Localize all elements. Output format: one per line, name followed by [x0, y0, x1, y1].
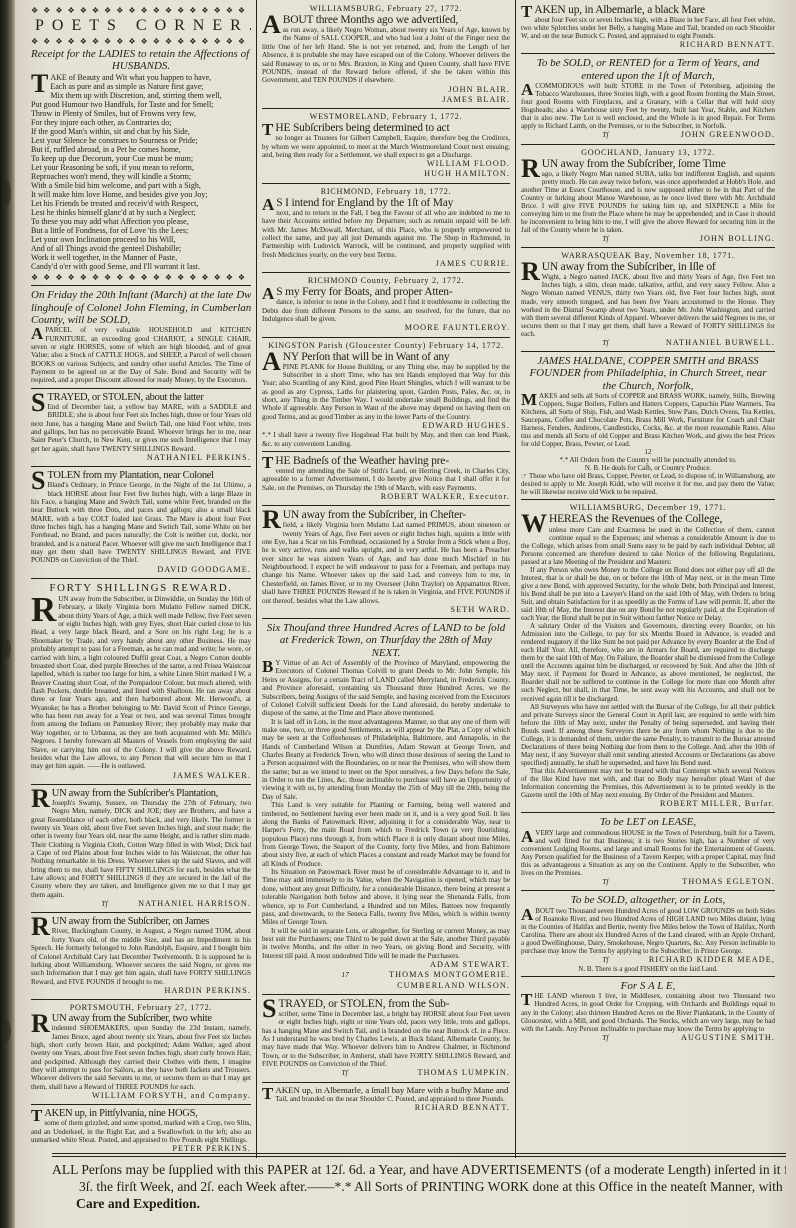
drop-cap: T: [31, 74, 48, 94]
ad-dateline: WILLIAMSBURG, February 27, 1772.: [262, 4, 510, 13]
poem-line: Each as pure and as simple as Nature fir…: [50, 82, 251, 91]
signature-row: DAVID GOODGAME.: [31, 565, 251, 575]
ornament-row: ❖ ❖ ❖ ❖ ❖ ❖ ❖ ❖ ❖ ❖ ❖ ❖ ❖ ❖ ❖ ❖ ❖ ❖ ❖ ❖ …: [31, 6, 251, 15]
ad-body: as run away, a likely Negro Woman, about…: [262, 26, 510, 84]
footer-line: 3ſ. the firſt Week, and 2ſ. each Week af…: [52, 1179, 786, 1196]
ad-text: TAKE of Beauty and Wit what you happen t…: [31, 73, 251, 272]
signature-row: SETH WARD.: [262, 605, 510, 615]
signature-row: CUMBERLAND WILSON.: [262, 981, 510, 991]
signature: ROBERT MILLER, Burſar.: [660, 799, 775, 809]
ad-heading: On Friday the 20th Inſtant (March) at th…: [31, 289, 251, 301]
signature-row: MOORE FAUNTLEROY.: [262, 323, 510, 333]
columns: ❖ ❖ ❖ ❖ ❖ ❖ ❖ ❖ ❖ ❖ ❖ ❖ ❖ ❖ ❖ ❖ ❖ ❖ ❖ ❖ …: [26, 0, 791, 1158]
page-smudge: [2, 180, 11, 206]
ad-dateline: RICHMOND, February 18, 1772.: [262, 187, 510, 196]
drop-cap: W: [521, 514, 547, 534]
ad-heading: entered upon the 1ſt of March,: [521, 70, 775, 82]
poem-line: Let your Reasoning be soft, if you mean …: [31, 163, 251, 172]
weather-sale-postponed: THE Badneſs of the Weather having pre-ve…: [262, 451, 510, 502]
ad-heading: S I intend for England by the 1ſt of May: [276, 197, 510, 209]
ad-note: *.* I shall have a twenty five Hogshead …: [262, 431, 510, 447]
signature-row: 17THOMAS MONTGOMERIE.: [262, 970, 510, 980]
signature-row: TfTHOMAS EGLETON.: [521, 877, 775, 887]
drop-cap: T: [521, 5, 532, 18]
ad-body: indented SHOEMAKERS, upon Sunday the 23d…: [31, 1024, 251, 1091]
poem-line: Mix them up with Discretion, and, stirri…: [50, 91, 251, 100]
signature: JOHN BOLLING.: [700, 234, 775, 244]
ad-heading: County, will be SOLD,: [31, 314, 251, 326]
drop-cap: R: [31, 596, 56, 623]
signature-row: WILLIAM FORSYTH, and Company.: [31, 1091, 251, 1101]
signature-row: HARDIN PERKINS.: [31, 986, 251, 996]
poem-line: It will make him love Home, and besides …: [31, 190, 251, 199]
poem-line: And of all Things avoid the genteel Dish…: [31, 244, 251, 253]
drop-cap: T: [31, 1109, 42, 1122]
forty-shillings-reward-dick: FORTY SHILLINGS REWARD.RUN away from the…: [31, 578, 251, 781]
ad-heading: To be LET on LEASE,: [521, 816, 775, 828]
drop-cap: R: [31, 1014, 50, 1034]
ad-note: ☞ Those who have old Brass, Copper, Pewt…: [521, 472, 775, 496]
poem-line: Candy'd o'er with good Sense, and I'll w…: [31, 262, 251, 271]
ad-dateline: WESTMORELAND, February 1, 1772.: [262, 112, 510, 121]
ad-paragraph: It is laid off in Lots, in the most adva…: [262, 718, 510, 802]
signature: NATHANIEL BURWELL.: [666, 338, 775, 348]
strayed-horse-lumpkin: STRAYED, or STOLEN, from the Sub-scriber…: [262, 994, 510, 1079]
ad-text: ABOUT three Months ago we advertiſed,as …: [262, 14, 510, 85]
drop-cap: R: [31, 917, 50, 937]
signature-row: TfRICHARD KIDDER MEADE,: [521, 955, 775, 965]
ad-dateline: GOOCHLAND, January 13, 1772.: [521, 148, 775, 157]
ad-body: field, a likely Virginia born Mulatto La…: [262, 521, 510, 604]
ad-dateline: PORTSMOUTH, February 27, 1772.: [31, 1003, 251, 1012]
signature-row: JOHN BLAIR.: [262, 85, 510, 95]
ad-paragraph: It will be sold in separate Lots, or alt…: [262, 927, 510, 960]
runaway-jack-venus: WARRASQUEAK Bay, November 18, 1771.RUN a…: [521, 247, 775, 348]
drop-cap: R: [31, 789, 50, 809]
signature-row: TfNATHANIEL BURWELL.: [521, 338, 775, 348]
signature: NATHANIEL PERKINS.: [147, 453, 251, 463]
ad-heading: JAMES HALDANE, COPPER SMITH and BRASS: [521, 355, 775, 367]
drop-cap: A: [521, 908, 533, 921]
drop-cap: B: [262, 660, 273, 673]
ad-paragraph: This Land is very suitable for Planting …: [262, 801, 510, 868]
ad-heading: For S A L E,: [521, 980, 775, 992]
ad-body: about four Feet six or seven Inches high…: [521, 16, 775, 40]
ad-text: RUN away from the Subſcriber, ſome Timea…: [521, 158, 775, 234]
ad-body: End of December last, a yellow bay MARE,…: [31, 403, 251, 453]
runaway-tom: RUN away from the Subſcriber, on JamesRi…: [31, 912, 251, 996]
poem-line: AKE of Beauty and Wit what you happen to…: [50, 73, 251, 82]
signature: JOHN BLAIR.: [448, 85, 510, 95]
drop-cap: R: [521, 159, 540, 179]
signature: JOHN GREENWOOD.: [681, 130, 775, 140]
poem-line: Lest your Silence he construes to Sourne…: [31, 136, 251, 145]
poem-line: Reproaches won't mend, they will kindle …: [31, 172, 251, 181]
pine-plank-hughes: KINGSTON Parish (Gloucester County) Febr…: [262, 337, 510, 448]
drop-cap: R: [262, 510, 281, 530]
ad-body: BOUT two Thousand seven Hundred Acres of…: [521, 907, 775, 955]
ad-text: TAKEN up, in Pittſylvania, nine HOGS,som…: [31, 1108, 251, 1144]
ad-heading: FORTY SHILLINGS REWARD.: [31, 582, 251, 594]
column-right: TAKEN up, in Albemarle, a black Mareabou…: [515, 0, 780, 1158]
ad-heading: To be SOLD, or RENTED for a Term of Year…: [521, 57, 775, 69]
ad-note: N. B. There is a good FISHERY on the ſai…: [521, 965, 775, 973]
ad-text: RUN away from the Subſcriber, in Cheſter…: [262, 509, 510, 605]
ad-text: TAKEN up, in Albemarle, a black Mareabou…: [521, 4, 775, 40]
signature-row: JAMES CURRIE.: [262, 259, 510, 269]
ad-body: VERY large and commodious HOUSE in the T…: [521, 829, 775, 877]
signature-mark: Tf: [602, 955, 608, 965]
college-revenues: WILLIAMSBURG, December 19, 1771.WHEREAS …: [521, 499, 775, 809]
signature: HUGH HAMILTON.: [424, 169, 510, 179]
column-middle: WILLIAMSBURG, February 27, 1772.ABOUT th…: [256, 0, 515, 1158]
signature-mark: Tf: [602, 234, 608, 244]
sall-cooper-runaway: WILLIAMSBURG, February 27, 1772.ABOUT th…: [262, 4, 510, 105]
drop-cap: T: [262, 1087, 273, 1100]
signature: CUMBERLAND WILSON.: [397, 981, 510, 991]
drop-cap: T: [262, 123, 273, 136]
ad-heading: UN away from the Subſcriber, two white: [52, 1013, 251, 1024]
ad-text: MAKES and sells all Sorts of COPPER and …: [521, 392, 775, 448]
ad-text: A COMMODIOUS well built STORE in the Tow…: [521, 82, 775, 130]
signature: THOMAS EGLETON.: [682, 877, 775, 887]
ad-body: Joseph's Swamp, Sussex, on Thursday the …: [31, 799, 251, 899]
ad-heading: NEXT.: [262, 647, 510, 659]
ad-body: no longer as Trustees for Gilbert Campbe…: [262, 134, 510, 159]
runaway-primus: RUN away from the Subſcriber, in Cheſter…: [262, 505, 510, 615]
haldane-coppersmith: JAMES HALDANE, COPPER SMITH and BRASSFOU…: [521, 351, 775, 497]
middlesex-land-sale: For S A L E,THE LAND whereon I live, in …: [521, 976, 775, 1043]
ad-paragraph: That this Advertisement may not be treat…: [521, 767, 775, 799]
ad-paragraph: All Surveyors who have not settled with …: [521, 703, 775, 767]
ad-body: Wight, a Negro named JACK, about five an…: [521, 273, 775, 337]
ad-heading: UN away from the Subſcriber's Plantation…: [52, 788, 251, 799]
drop-cap: A: [31, 327, 43, 340]
ad-heading: S my Ferry for Boats, and proper Atten-: [276, 286, 510, 298]
ad-dateline: RICHMOND County, February 2, 1772.: [262, 276, 510, 285]
ad-body: Y Virtue of an Act of Assembly of the Pr…: [262, 659, 510, 717]
ad-heading: AKEN up, in Albemarle, a ſmall bay Mare …: [275, 1086, 510, 1095]
petersburg-store: To be SOLD, or RENTED for a Term of Year…: [521, 53, 775, 140]
signature-row: RICHARD BENNATT.: [521, 40, 775, 50]
signature-row: JAMES WALKER.: [31, 771, 251, 781]
ad-note: *.* All Orders from the Country will be …: [521, 456, 775, 464]
ad-heading: UN away from the Subſcriber, ſome Time: [542, 158, 775, 170]
runaway-shoemakers: PORTSMOUTH, February 27, 1772.RUN away f…: [31, 999, 251, 1101]
signature-mark: Tf: [602, 877, 608, 887]
footer-line: Care and Expedition.: [52, 1196, 786, 1213]
ad-text: THE LAND whereon I live, in Middlesex, c…: [521, 992, 775, 1032]
signature-row: EDWARD HUGHES.: [262, 421, 510, 431]
signature: THOMAS LUMPKIN.: [418, 1068, 510, 1078]
signature-mark: Tf: [101, 899, 107, 909]
signature: RICHARD KIDDER MEADE,: [649, 955, 775, 965]
drop-cap: S: [31, 393, 45, 413]
ad-heading: BOUT three Months ago we advertiſed,: [283, 14, 510, 26]
ad-text: THE Badneſs of the Weather having pre-ve…: [262, 455, 510, 492]
ad-text: BY Virtue of an Act of Assembly of the P…: [262, 659, 510, 718]
signature: WILLIAM FLOOD.: [427, 159, 510, 169]
signature: ADAM STEWART.: [430, 960, 510, 970]
ad-body: some of them grizzled, and some spotted,…: [31, 1119, 251, 1144]
signature-mark: Tf: [341, 1068, 347, 1078]
poem-line: Let his Friends be treated and receiv'd …: [31, 199, 251, 208]
drop-cap: A: [262, 198, 274, 211]
ad-dateline: WARRASQUEAK Bay, November 18, 1771.: [521, 251, 775, 260]
fleming-estate-sale: On Friday the 20th Inſtant (March) at th…: [31, 285, 251, 384]
ad-heading: HUSBANDS.: [31, 60, 251, 72]
signature: RICHARD BENNATT.: [680, 40, 775, 50]
ad-heading: the Church, Norfolk,: [521, 380, 775, 392]
poem-line: With a Smile bid him welcome, and part w…: [31, 181, 251, 190]
signature-row: ADAM STEWART.: [262, 960, 510, 970]
poem-line: To keep up due Decorum, your Cue must be…: [31, 154, 251, 163]
signature: AUGUSTINE SMITH.: [681, 1033, 775, 1043]
signature-row: ROBERT WALKER, Executor.: [262, 492, 510, 502]
signature: NATHANIEL HARRISON.: [138, 899, 251, 909]
subscription-footer: ALL Perſons may be ſupplied with this PA…: [52, 1153, 786, 1226]
signature-row: RICHARD BENNATT.: [262, 1103, 510, 1113]
signature-row: TfTHOMAS LUMPKIN.: [262, 1068, 510, 1078]
ad-body: unless more Care and Exactness be used i…: [521, 526, 775, 566]
ad-text: STOLEN from my Plantation, near ColonelB…: [31, 470, 251, 565]
stolen-horses-goodgame: STOLEN from my Plantation, near ColonelB…: [31, 466, 251, 575]
ad-text: STRAYED, or STOLEN, from the Sub-scriber…: [262, 998, 510, 1069]
ad-heading: Six Thouſand three Hundred Acres of LAND…: [262, 622, 510, 634]
signature-row: TfJOHN BOLLING.: [521, 234, 775, 244]
poem-line: But if, ruffled abroad, in a Pet he come…: [31, 145, 251, 154]
taken-up-hogs: TAKEN up, in Pittſylvania, nine HOGS,som…: [31, 1104, 251, 1154]
ad-paragraph: A salutary Order of the Visiters and Gov…: [521, 622, 775, 702]
poem-line: Lest he thinks himself glanc'd at by suc…: [31, 208, 251, 217]
signature: WILLIAM FORSYTH, and Company.: [92, 1091, 251, 1101]
signature-row: JAMES BLAIR.: [262, 95, 510, 105]
ad-body: ago, a likely Negro Man named SUBA, talk…: [521, 170, 775, 234]
drop-cap: A: [521, 83, 533, 96]
drop-cap: S: [262, 999, 276, 1019]
section-title: POETS CORNER.: [35, 17, 251, 35]
page-content: ❖ ❖ ❖ ❖ ❖ ❖ ❖ ❖ ❖ ❖ ❖ ❖ ❖ ❖ ❖ ❖ ❖ ❖ ❖ ❖ …: [26, 0, 791, 1228]
taken-up-black-mare: TAKEN up, in Albemarle, a black Mareabou…: [521, 4, 775, 50]
signature-mark: Tf: [602, 130, 608, 140]
currie-england-departure: RICHMOND, February 18, 1772.AS I intend …: [262, 183, 510, 269]
ad-text: RUN away from the Subſcriber's Plantatio…: [31, 788, 251, 899]
drop-cap: R: [521, 262, 540, 282]
signature-row: HUGH HAMILTON.: [262, 169, 510, 179]
ad-text: STRAYED, or STOLEN, about the latterEnd …: [31, 392, 251, 453]
ad-heading: AKEN up, in Albemarle, a black Mare: [534, 4, 775, 16]
ad-text: RUN away from the Subſcriber, in Iſle of…: [521, 261, 775, 337]
ad-text: A VERY large and commodious HOUSE in the…: [521, 829, 775, 877]
signature: DAVID GOODGAME.: [157, 565, 251, 575]
ad-body: HE LAND whereon I live, in Middlesex, co…: [521, 992, 775, 1032]
ad-body: River, Buckingham County, in August, a N…: [31, 927, 251, 985]
ad-heading: at Frederick Town, on Thurſday the 28th …: [262, 634, 510, 646]
ad-body: next, and to return in the Fall, I beg t…: [262, 209, 510, 259]
ad-text: ANY Perſon that will be in Want of anyPI…: [262, 351, 510, 422]
ad-heading: TOLEN from my Plantation, near Colonel: [47, 470, 251, 481]
ad-text: RUN away from the Subſcriber, on JamesRi…: [31, 916, 251, 986]
ferry-notice: RICHMOND County, February 2, 1772.AS my …: [262, 272, 510, 333]
poem-line: Work it well together, in the Manner of …: [31, 253, 251, 262]
ad-heading: UN away from the Subſcriber, in Iſle of: [542, 261, 775, 273]
ad-paragraph: If any Person who owes Money to the Coll…: [521, 566, 775, 622]
drop-cap: A: [262, 352, 281, 372]
ad-body: Bland's Ordinary, in Prince George, in t…: [31, 481, 251, 564]
ad-body: Tail, and branded on the near Shoulder C…: [275, 1095, 504, 1103]
ad-dateline: KINGSTON Parish (Gloucester County) Febr…: [262, 341, 510, 350]
ad-heading: linghouſe of Colonel John Fleming, in Cu…: [31, 302, 251, 314]
ad-heading: To be SOLD, altogether, or in Lots,: [521, 894, 775, 906]
ornament-row: ❖ ❖ ❖ ❖ ❖ ❖ ❖ ❖ ❖ ❖ ❖ ❖ ❖ ❖ ❖ ❖ ❖ ❖ ❖ ❖ …: [31, 37, 251, 46]
poem-line: Throw in Plenty of Smiles, but of Frowns…: [31, 109, 251, 118]
column-left: ❖ ❖ ❖ ❖ ❖ ❖ ❖ ❖ ❖ ❖ ❖ ❖ ❖ ❖ ❖ ❖ ❖ ❖ ❖ ❖ …: [26, 0, 256, 1158]
page-smudge: [1, 1020, 11, 1042]
signature: JAMES BLAIR.: [442, 95, 510, 105]
ad-text: RUN away from the Subſcriber, two whitei…: [31, 1013, 251, 1091]
ad-body: PINE PLANK for House Building, or any Th…: [262, 363, 510, 421]
runaway-suba: GOOCHLAND, January 13, 1772.RUN away fro…: [521, 144, 775, 245]
poem-line: Let your own Inclination proceed to his …: [31, 235, 251, 244]
ad-body: COMMODIOUS well built STORE in the Town …: [521, 82, 775, 130]
ad-number-mark: 12: [521, 448, 775, 456]
page-smudge: [4, 640, 11, 658]
ad-dateline: WILLIAMSBURG, December 19, 1771.: [521, 503, 775, 512]
poem-line: For they injure each other, as Contrarie…: [31, 118, 251, 127]
poem-line: But a little of Fondness, for of Love 't…: [31, 226, 251, 235]
signature-row: ROBERT MILLER, Burſar.: [521, 799, 775, 809]
tavern-lease: To be LET on LEASE,A VERY large and comm…: [521, 812, 775, 887]
ad-text: RUN away from the Subscriber, in Dinwidd…: [31, 595, 251, 771]
signature: EDWARD HUGHES.: [422, 421, 510, 431]
ad-body: UN away from the Subscriber, in Dinwiddi…: [31, 595, 251, 770]
signature-mark: Tf: [602, 1033, 608, 1043]
ad-heading: TRAYED, or STOLEN, from the Sub-: [278, 998, 510, 1010]
signature: JAMES WALKER.: [173, 771, 251, 781]
signature-mark: 17: [341, 970, 349, 980]
signature-row: NATHANIEL PERKINS.: [31, 453, 251, 463]
ornament-row: ❖ ❖ ❖ ❖ ❖ ❖ ❖ ❖ ❖ ❖ ❖ ❖ ❖ ❖ ❖ ❖ ❖ ❖ ❖ ❖ …: [31, 273, 251, 282]
drop-cap: A: [262, 287, 274, 300]
ad-heading: FOUNDER from Philadelphia, in Church Str…: [521, 367, 775, 379]
ad-text: TAKEN up, in Albemarle, a ſmall bay Mare…: [262, 1086, 510, 1104]
ad-body: scriber, some Time in December last, a b…: [262, 1010, 510, 1068]
signature: SETH WARD.: [450, 605, 510, 615]
ad-paragraph: Its Situation on Patowmack River must be…: [262, 868, 510, 927]
signature: JAMES CURRIE.: [436, 259, 510, 269]
trustees-notice: WESTMORELAND, February 1, 1772.THE Subſc…: [262, 108, 510, 180]
taken-up-small-bay-mare: TAKEN up, in Albemarle, a ſmall bay Mare…: [262, 1082, 510, 1114]
ad-text: ABOUT two Thousand seven Hundred Acres o…: [521, 907, 775, 955]
ad-heading: UN away from the Subſcriber, in Cheſter-: [283, 509, 510, 521]
signature-row: WILLIAM FLOOD.: [262, 159, 510, 169]
poem-line: If the good Man's within, sit and chat b…: [31, 127, 251, 136]
poem-line: Put good Humour two Handfuls, for Taste …: [31, 100, 251, 109]
drop-cap: A: [262, 15, 281, 35]
newspaper-page: ❖ ❖ ❖ ❖ ❖ ❖ ❖ ❖ ❖ ❖ ❖ ❖ ❖ ❖ ❖ ❖ ❖ ❖ ❖ ❖ …: [0, 0, 796, 1228]
ad-text: AS I intend for England by the 1ſt of Ma…: [262, 197, 510, 259]
poets-corner: ❖ ❖ ❖ ❖ ❖ ❖ ❖ ❖ ❖ ❖ ❖ ❖ ❖ ❖ ❖ ❖ ❖ ❖ ❖ ❖ …: [31, 6, 251, 282]
merryland-land-sale: Six Thouſand three Hundred Acres of LAND…: [262, 618, 510, 991]
signature: MOORE FAUNTLEROY.: [405, 323, 510, 333]
roanoke-land-sale: To be SOLD, altogether, or in Lots,ABOUT…: [521, 890, 775, 973]
ad-heading: NY Perſon that will be in Want of any: [283, 351, 510, 363]
drop-cap: T: [262, 456, 273, 469]
ad-heading: UN away from the Subſcriber, on James: [52, 916, 251, 927]
ad-heading: HE Badneſs of the Weather having pre-: [275, 455, 510, 467]
poem-line: To these you may add what Affection you …: [31, 217, 251, 226]
signature-row: TfNATHANIEL HARRISON.: [31, 899, 251, 909]
ad-heading: TRAYED, or STOLEN, about the latter: [47, 392, 251, 403]
signature-row: TfAUGUSTINE SMITH.: [521, 1033, 775, 1043]
drop-cap: T: [521, 993, 532, 1006]
ad-heading: HE Subſcribers being determined to act: [275, 122, 510, 134]
ad-body: vented my attending the Sale of Stith's …: [262, 467, 510, 492]
footer-line: ALL Perſons may be ſupplied with this PA…: [52, 1162, 786, 1179]
ad-heading: HEREAS the Revenues of the College,: [549, 513, 775, 525]
signature: ROBERT WALKER, Executor.: [381, 492, 510, 502]
signature-mark: Tf: [602, 338, 608, 348]
drop-cap: A: [521, 830, 533, 843]
strayed-mare-perkins: STRAYED, or STOLEN, about the latterEnd …: [31, 388, 251, 463]
drop-cap: S: [31, 471, 45, 491]
runaway-dick-and-joe: RUN away from the Subſcriber's Plantatio…: [31, 784, 251, 910]
signature-row: TfJOHN GREENWOOD.: [521, 130, 775, 140]
ad-text: WHEREAS the Revenues of the College,unle…: [521, 513, 775, 565]
ad-heading: Receipt for the LADIES to retain the Aff…: [31, 48, 251, 60]
drop-cap: M: [521, 393, 537, 406]
ad-text: THE Subſcribers being determined to actn…: [262, 122, 510, 159]
signature: HARDIN PERKINS.: [164, 986, 251, 996]
ad-text: AS my Ferry for Boats, and proper Atten-…: [262, 286, 510, 323]
ad-note: N. B. He deals for Caſh, or Country Prod…: [521, 464, 775, 472]
signature: THOMAS MONTGOMERIE.: [389, 970, 510, 980]
ad-body: PARCEL of very valuable HOUSEHOLD and KI…: [31, 326, 251, 384]
signature: RICHARD BENNATT.: [415, 1103, 510, 1113]
ad-body: dance, is inferior to none in the Colony…: [262, 298, 510, 323]
ad-text: A PARCEL of very valuable HOUSEHOLD and …: [31, 326, 251, 385]
ad-body: AKES and sells all Sorts of COPPER and B…: [521, 392, 775, 448]
ad-heading: AKEN up, in Pittſylvania, nine HOGS,: [44, 1108, 251, 1119]
